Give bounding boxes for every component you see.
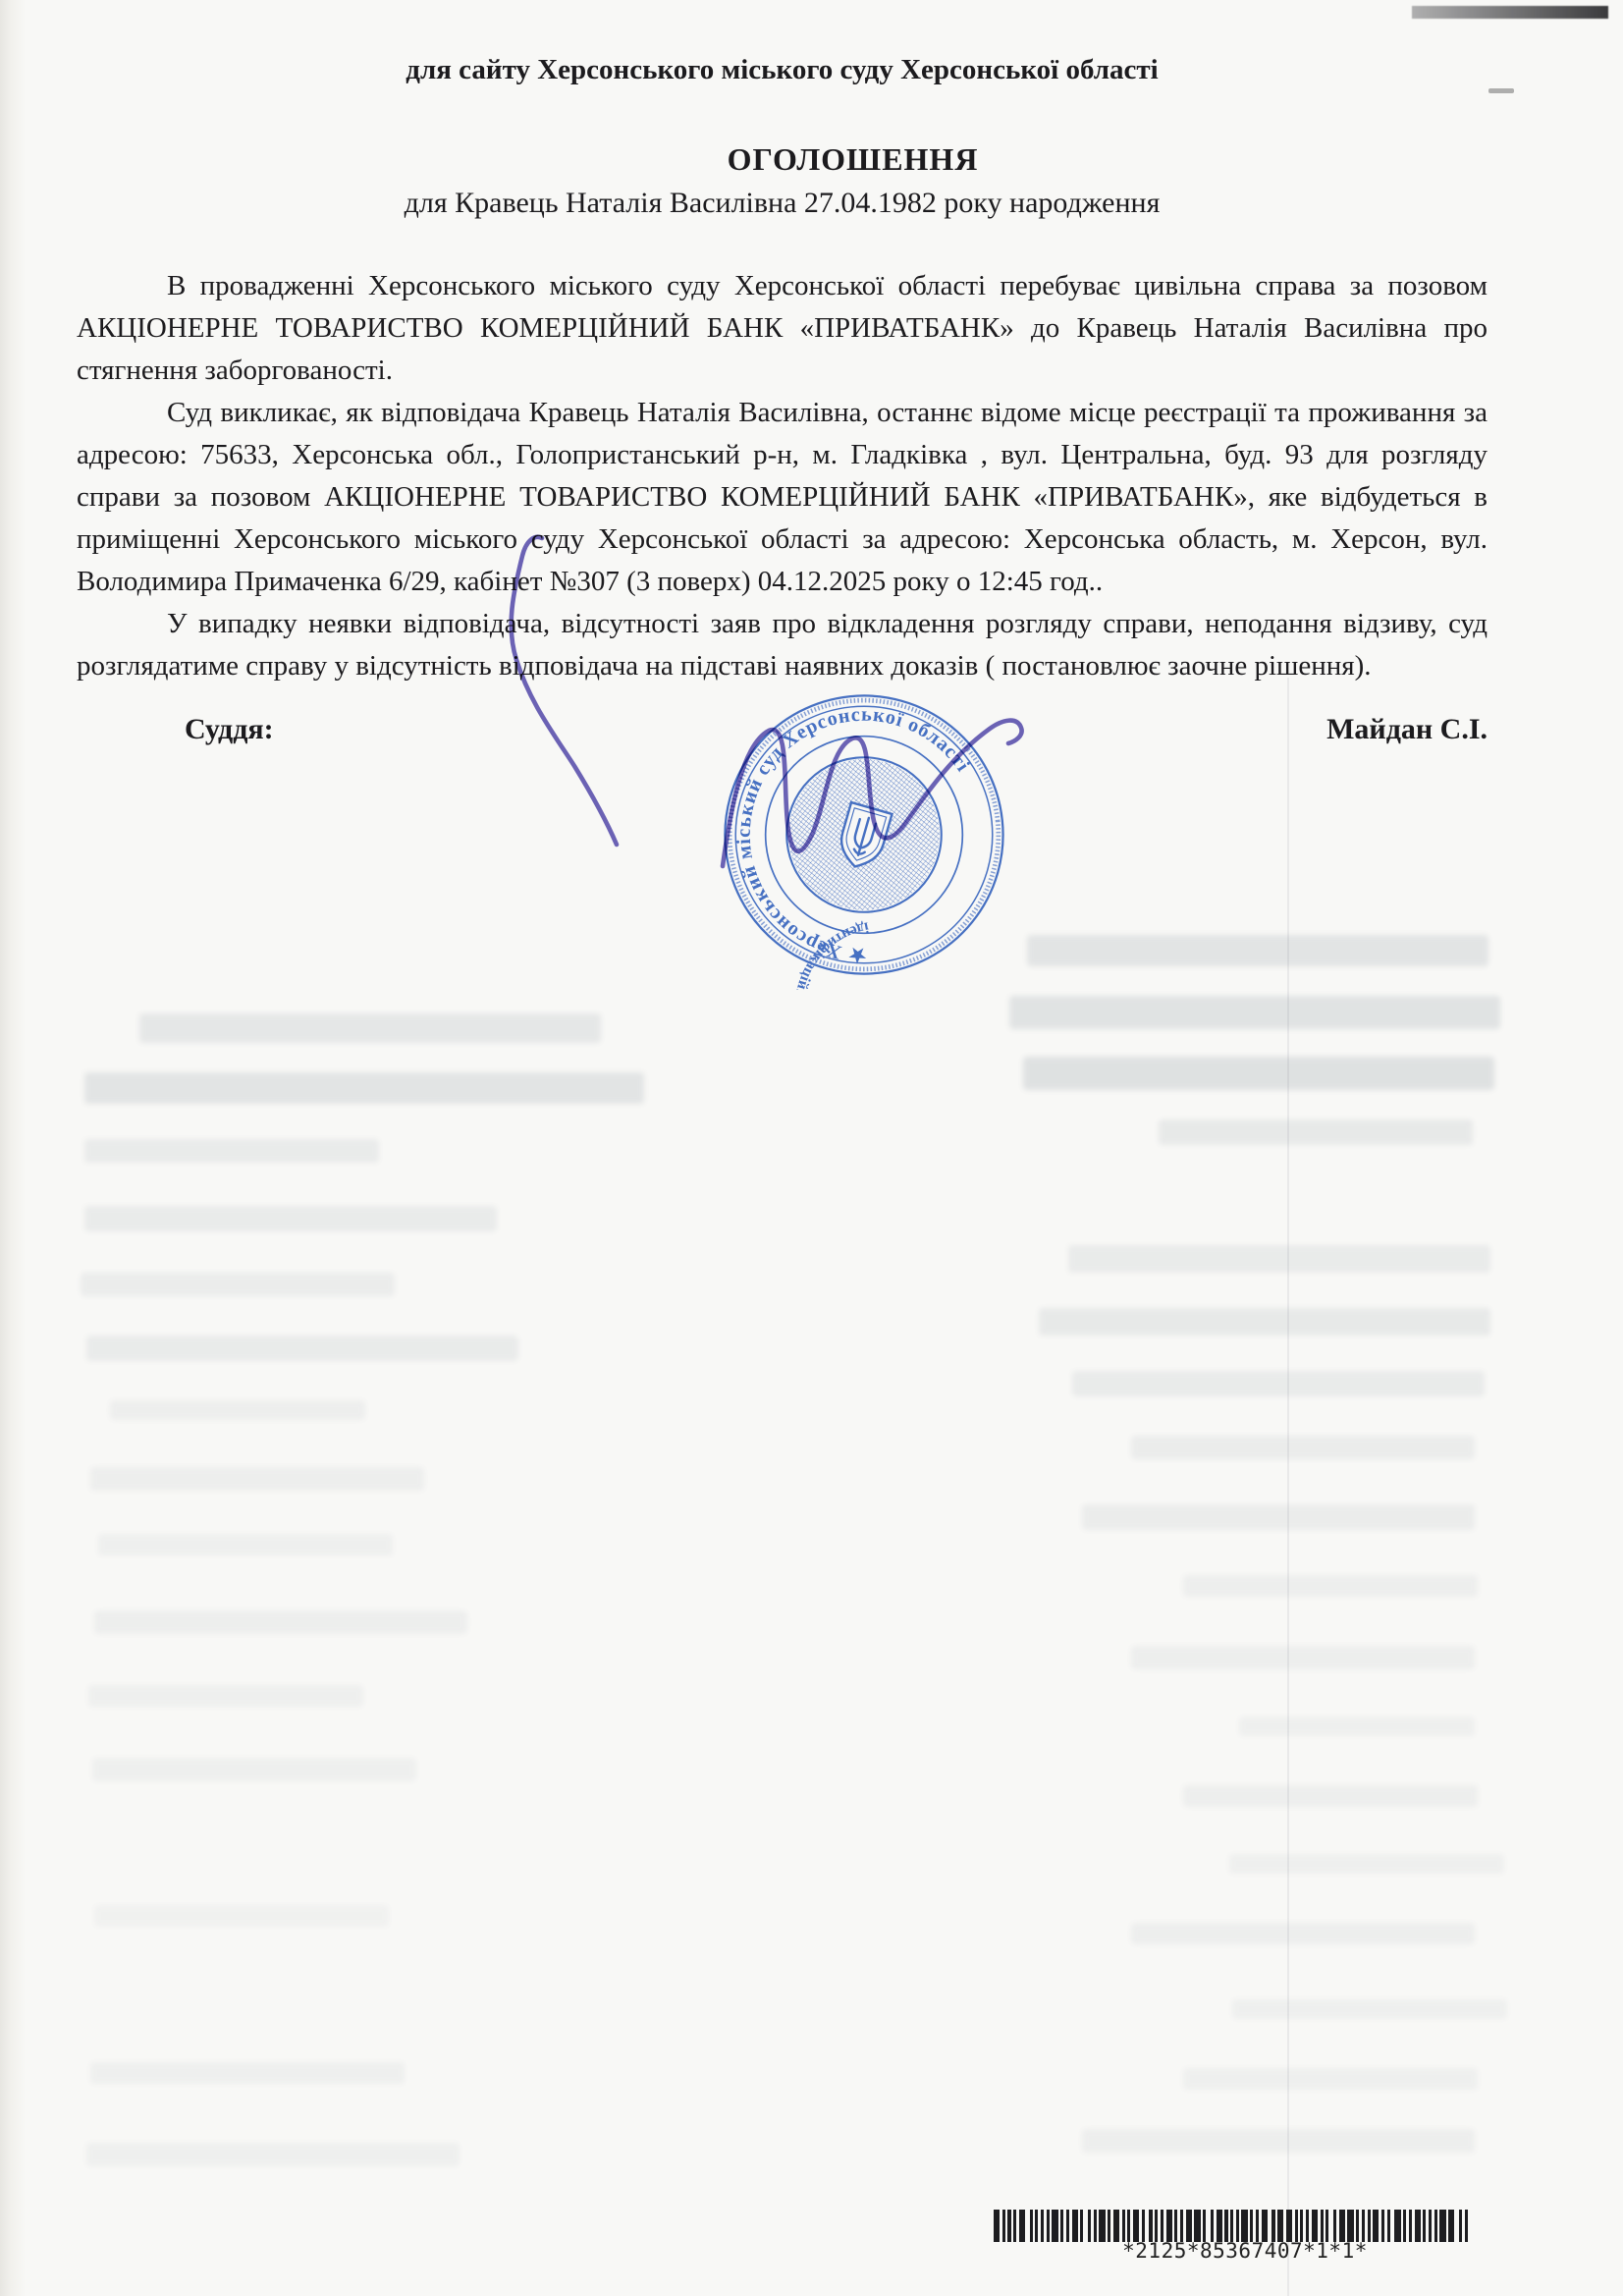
bleed-through-smudge	[86, 2143, 460, 2166]
bleed-through-smudge	[1183, 1575, 1478, 1597]
bleed-through-smudge	[139, 1013, 601, 1043]
paragraph-summons: Суд викликає, як відповідача Кравець Нат…	[77, 392, 1488, 603]
bleed-through-smudge	[1023, 1057, 1494, 1090]
bleed-through-smudge	[94, 1905, 389, 1927]
bleed-through-smudge	[110, 1400, 365, 1420]
bleed-through-smudge	[1183, 2068, 1478, 2090]
bleed-through-smudge	[84, 1072, 644, 1104]
bleed-through-smudge	[88, 1685, 363, 1707]
scan-artifact-dash	[1488, 88, 1514, 93]
barcode-bars	[994, 2210, 1496, 2243]
judge-name: Майдан С.І.	[1326, 713, 1488, 746]
bleed-through-smudge	[1239, 1717, 1475, 1736]
bleed-through-smudge	[1229, 1854, 1504, 1874]
bleed-through-smudge	[84, 1206, 497, 1231]
bleed-through-smudge	[90, 2062, 405, 2084]
court-seal-graphic: ★ Херсонський міський суд Херсонської об…	[702, 673, 1026, 997]
bleed-through-smudge	[1131, 1646, 1475, 1669]
bleed-through-smudge	[81, 1273, 395, 1296]
bleed-through-smudge	[1131, 1923, 1475, 1944]
scanned-court-announcement-page: для сайту Херсонського міського суду Хер…	[0, 0, 1623, 2296]
bleed-through-smudge	[1082, 1504, 1475, 1530]
bleed-through-smudge	[1183, 1785, 1478, 1807]
bleed-through-smudge	[92, 1758, 416, 1781]
bleed-through-smudge	[1159, 1120, 1473, 1145]
bleed-through-smudge	[90, 1467, 424, 1491]
bleed-through-smudge	[1068, 1245, 1490, 1273]
bleed-through-smudge	[1009, 996, 1500, 1029]
barcode-block: *2125*85367407*1*1*	[994, 2210, 1496, 2263]
paper-crease	[1287, 678, 1289, 2296]
bleed-through-smudge	[94, 1611, 467, 1634]
bleed-through-smudge	[1082, 2129, 1475, 2153]
bleed-through-smudge	[86, 1336, 518, 1361]
bleed-through-smudge	[1131, 1436, 1475, 1459]
document-body: для сайту Херсонського міського суду Хер…	[77, 0, 1488, 746]
court-seal: ★ Херсонський міський суд Херсонської об…	[702, 673, 1026, 997]
bleed-through-smudge	[98, 1534, 393, 1556]
paragraph-consequences: У випадку неявки відповідача, відсутност…	[77, 603, 1488, 687]
paragraph-case-info: В провадженні Херсонського міського суду…	[77, 265, 1488, 392]
site-header-line: для сайту Херсонського міського суду Хер…	[77, 51, 1488, 88]
bleed-through-smudge	[1039, 1308, 1490, 1336]
bleed-through-smudge	[1232, 1999, 1507, 2019]
document-title: ОГОЛОШЕННЯ	[147, 139, 1558, 179]
bleed-through-smudge	[1027, 935, 1488, 966]
judge-label: Суддя:	[185, 713, 274, 746]
bleed-through-smudge	[1072, 1371, 1485, 1396]
addressee-line: для Кравець Наталія Василівна 27.04.1982…	[77, 183, 1488, 224]
barcode-caption: *2125*85367407*1*1*	[994, 2239, 1496, 2263]
bleed-through-smudge	[84, 1139, 379, 1163]
